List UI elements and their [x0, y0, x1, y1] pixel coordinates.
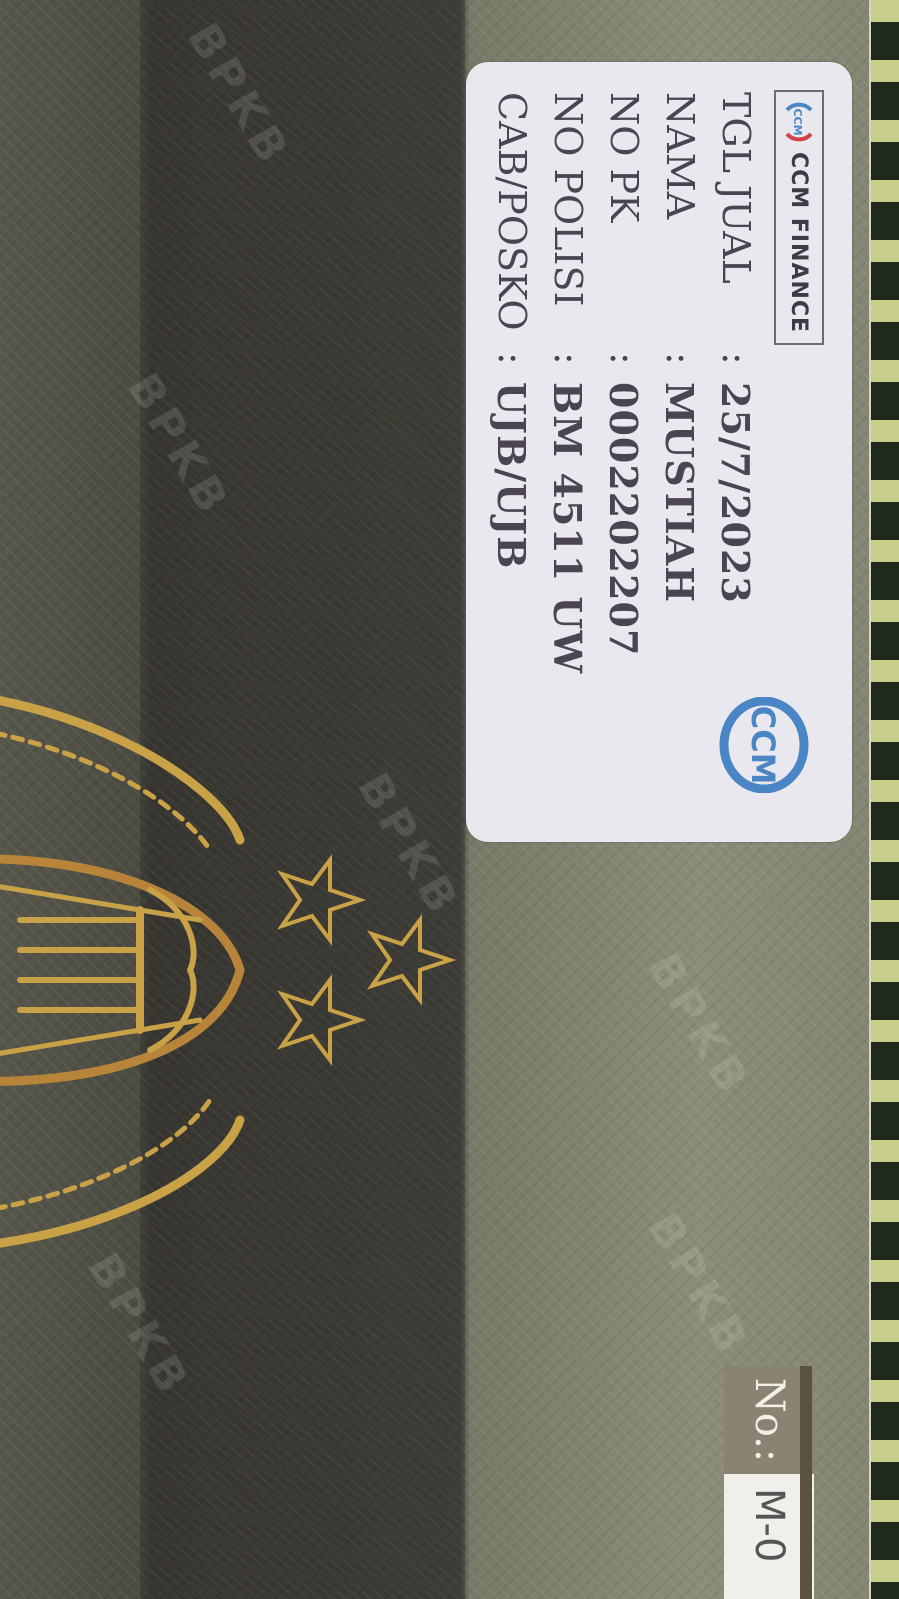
- stars-icon: [270, 850, 460, 1070]
- svg-text:CCM: CCM: [744, 706, 782, 785]
- number-value: M-0: [746, 1474, 792, 1562]
- field-label: NO POLISI: [546, 92, 590, 352]
- watermark-bpkb: BPKB: [637, 945, 760, 1107]
- field-no-pk: NO PK : 0002202207: [596, 92, 652, 674]
- svg-text:CCM: CCM: [791, 108, 804, 135]
- brand-header: CCM CCM FINANCE: [774, 90, 824, 345]
- field-label: TGL JUAL: [714, 92, 758, 352]
- ccm-logo-small-icon: CCM: [779, 102, 819, 142]
- field-value: MUSTIAH: [658, 382, 703, 603]
- garuda-emblem-icon: [0, 660, 260, 1280]
- field-no-polisi: NO POLISI : BM 4511 UW: [540, 92, 596, 674]
- tab-edge: [800, 1366, 812, 1599]
- field-value: 0002202207: [602, 382, 647, 656]
- ccm-finance-sticker: CCM CCM FINANCE TGL JUAL : 25/7/2023 NAM…: [466, 62, 852, 842]
- brand-name: CCM FINANCE: [787, 152, 812, 333]
- watermark-bpkb: BPKB: [637, 1205, 760, 1367]
- ccm-logo-icon: CCM: [716, 697, 812, 793]
- background-cloth: [871, 0, 899, 1599]
- field-tgl-jual: TGL JUAL : 25/7/2023: [708, 92, 764, 674]
- field-label: NAMA: [658, 92, 702, 352]
- field-nama: NAMA : MUSTIAH: [652, 92, 708, 674]
- field-value: 25/7/2023: [714, 382, 759, 604]
- number-label: No.:: [746, 1366, 792, 1474]
- field-value: BM 4511 UW: [546, 382, 591, 674]
- field-value: UJB/UJB: [490, 382, 535, 569]
- field-label: NO PK: [602, 92, 646, 352]
- sticker-fields: TGL JUAL : 25/7/2023 NAMA : MUSTIAH NO P…: [484, 92, 764, 674]
- field-cab-posko: CAB/POSKO : UJB/UJB: [484, 92, 540, 674]
- field-label: CAB/POSKO: [490, 92, 534, 352]
